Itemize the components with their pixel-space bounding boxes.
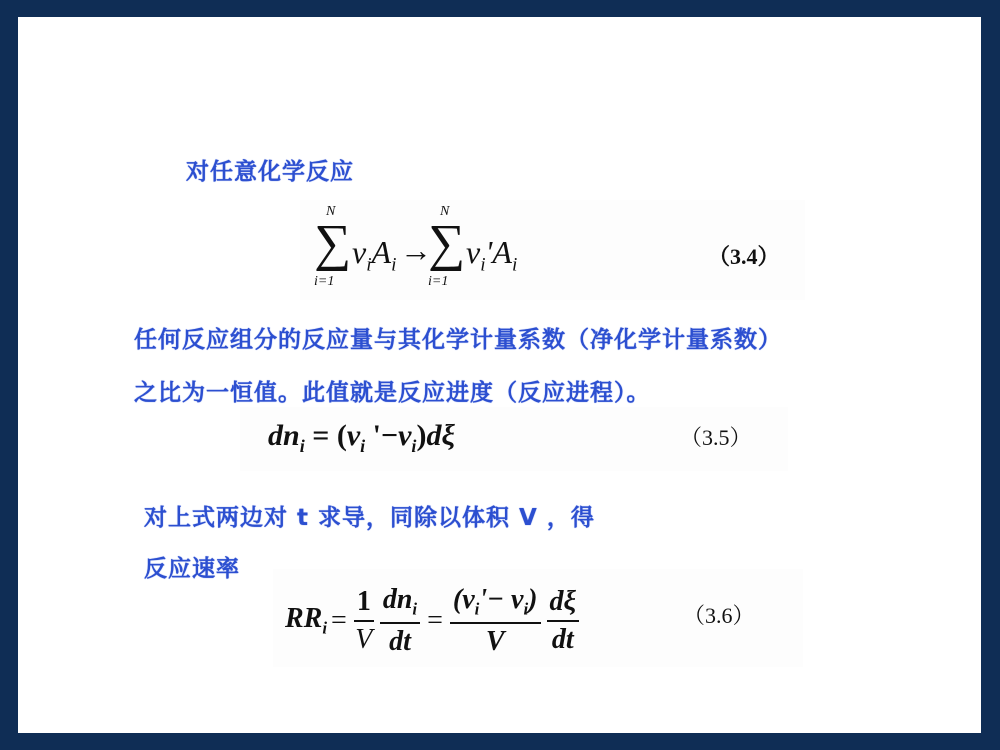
sigma-symbol-rhs: ∑ <box>428 218 465 270</box>
slide-canvas: 对任意化学反应 N ∑ i=1 νiAi → N ∑ i=1 νi'Ai （3.… <box>18 17 981 733</box>
paragraph-line-1: 任何反应组分的反应量与其化学计量系数（净化学计量系数） <box>134 321 782 354</box>
paragraph-line-2: 之比为一恒值。此值就是反应进度（反应进程）。 <box>134 374 651 407</box>
equation-3-6: RRi = 1V dnidt = (νi'− νi)V dξdt （3.6） <box>273 569 803 667</box>
sigma-symbol: ∑ <box>314 218 351 270</box>
equation-number-3-5: （3.5） <box>680 421 752 452</box>
derive-line-2: 反应速率 <box>144 550 240 583</box>
eq-3-6-body: RRi = 1V dnidt = (νi'− νi)V dξdt <box>285 581 582 661</box>
sum-lower-limit: i=1 <box>314 274 334 290</box>
sum-lower-limit-rhs: i=1 <box>428 274 448 290</box>
equation-number-3-4: （3.4） <box>708 240 780 271</box>
equation-3-5: dni = (νi '−νi)dξ （3.5） <box>240 407 788 471</box>
fraction-nu-diff-over-v: (νi'− νi)V <box>450 584 541 658</box>
derive-line-1: 对上式两边对 t 求导，同除以体积 V ，得 <box>144 499 595 532</box>
intro-text: 对任意化学反应 <box>186 153 354 186</box>
lhs-term: νiAi <box>352 234 396 276</box>
equation-number-3-6: （3.6） <box>683 599 755 630</box>
eq-3-5-body: dni = (νi '−νi)dξ <box>268 419 455 457</box>
rhs-term: νi'Ai <box>466 234 517 276</box>
equation-3-4: N ∑ i=1 νiAi → N ∑ i=1 νi'Ai （3.4） <box>300 200 805 300</box>
fraction-1-over-v: 1V <box>354 586 374 656</box>
fraction-dxi-dt: dξdt <box>547 586 580 656</box>
fraction-dn-dt: dnidt <box>380 584 420 658</box>
